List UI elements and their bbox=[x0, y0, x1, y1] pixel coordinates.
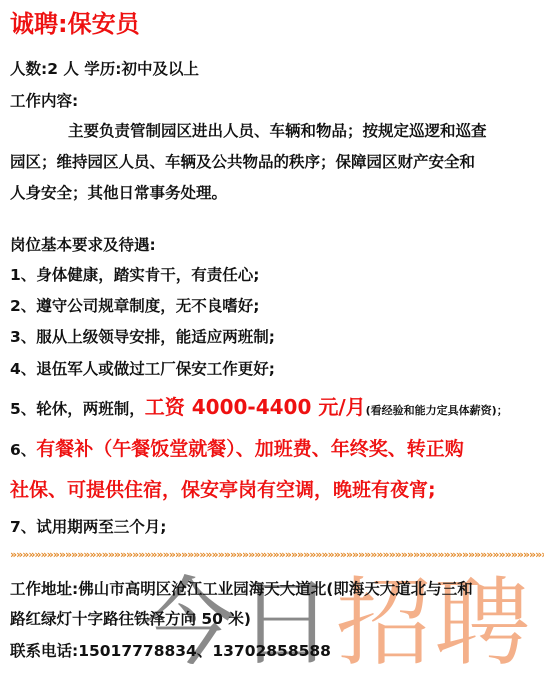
salary-range: 工资 4000-4400 元/月 bbox=[145, 395, 366, 419]
address-line-2: 路红绿灯十字路往铁泽方向 50 米) bbox=[10, 608, 251, 630]
job-content-line: 人身安全；其他日常事务处理。 bbox=[10, 182, 227, 204]
job-content-line: 园区；维持园区人员、车辆及公共物品的秩序；保障园区财产安全和 bbox=[10, 151, 475, 173]
basic-info: 人数:2 人 学历:初中及以上 bbox=[10, 58, 199, 80]
requirement-item: 1、身体健康，踏实肯干，有责任心; bbox=[10, 264, 260, 286]
requirement-item: 4、退伍军人或做过工厂保安工作更好; bbox=[10, 358, 275, 380]
job-content-line: 主要负责管制园区进出人员、车辆和物品；按规定巡逻和巡查 bbox=[68, 120, 487, 142]
benefits-line-1: 有餐补（午餐饭堂就餐）、加班费、年终奖、转正购 bbox=[36, 438, 464, 460]
requirement-item: 3、服从上级领导安排，能适应两班制; bbox=[10, 326, 275, 348]
benefits-line-2: 社保、可提供住宿，保安亭岗有空调，晚班有夜宵; bbox=[10, 477, 436, 503]
item6-prefix: 6、 bbox=[10, 441, 36, 459]
requirement-item-6: 6、有餐补（午餐饭堂就餐）、加班费、年终奖、转正购 bbox=[10, 436, 464, 463]
contact-phone: 联系电话:15017778834、13702858588 bbox=[10, 640, 331, 662]
requirement-item-5: 5、轮休，两班制，工资 4000-4400 元/月(看经验和能力定具体薪资)； bbox=[10, 396, 508, 422]
requirement-item: 2、遵守公司规章制度，无不良嗜好; bbox=[10, 295, 260, 317]
address-line-1: 工作地址:佛山市高明区沧江工业园海天大道北(即海天大道北与三和 bbox=[10, 578, 473, 600]
salary-note: (看经验和能力定具体薪资)； bbox=[366, 404, 508, 417]
page-title: 诚聘:保安员 bbox=[10, 8, 140, 40]
requirements-heading: 岗位基本要求及待遇: bbox=[10, 234, 156, 256]
divider-arrows: »»»»»»»»»»»»»»»»»»»»»»»»»»»»»»»»»»»»»»»»… bbox=[10, 548, 544, 562]
job-content-heading: 工作内容: bbox=[10, 90, 78, 112]
requirement-item-7: 7、试用期两至三个月; bbox=[10, 516, 166, 538]
item5-prefix: 5、轮休，两班制， bbox=[10, 400, 145, 418]
